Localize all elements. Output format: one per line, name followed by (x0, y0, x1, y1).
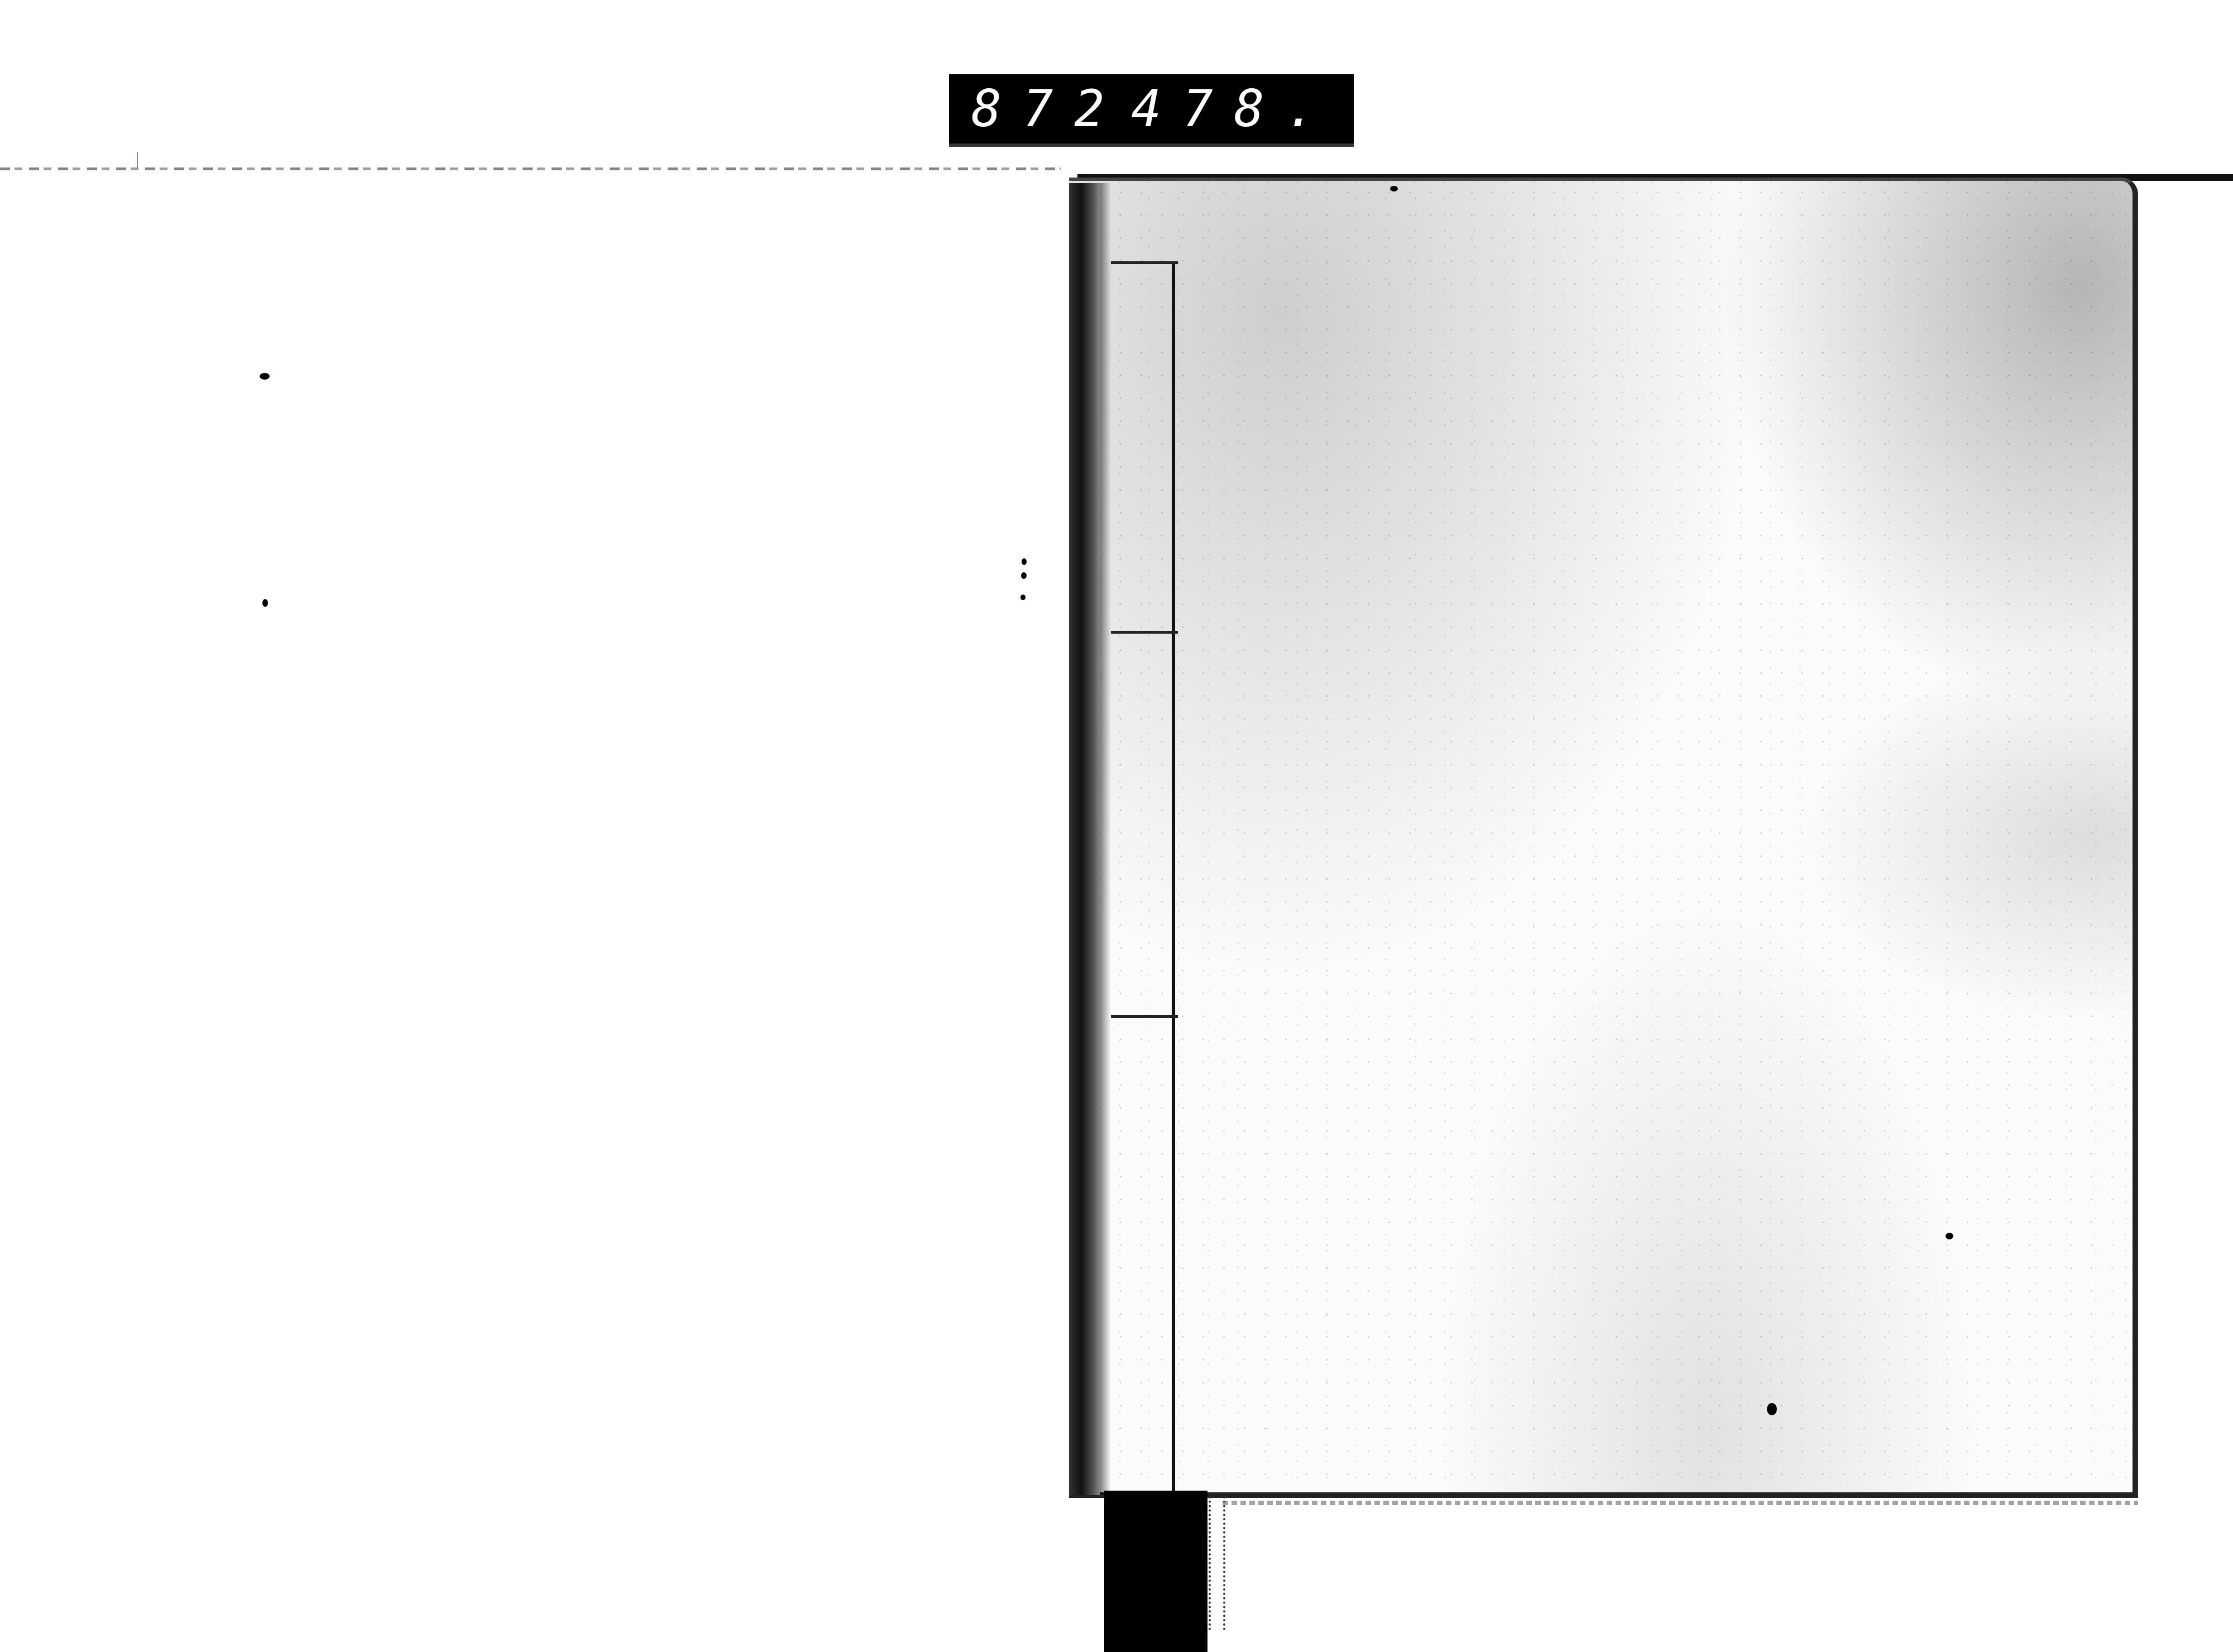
cover-texture (1069, 181, 2133, 1492)
spine-shadow (1100, 183, 1111, 1495)
cover-blot (1946, 1233, 1953, 1239)
bottom-page-edge (1223, 1501, 2138, 1505)
scanner-tick-mark (137, 152, 138, 169)
frame-counter-right: 478. (1131, 80, 1337, 138)
speck (262, 599, 268, 607)
speck (1020, 595, 1026, 600)
speck (1022, 558, 1027, 565)
book-cover (1069, 178, 2138, 1498)
page-edges (1209, 1496, 1225, 1630)
title-slip-blank (1111, 261, 1175, 1517)
speck (1021, 572, 1027, 579)
book (1069, 178, 2138, 1498)
frame-counter: 872 478. (949, 74, 1354, 147)
cover-blot (1767, 1403, 1777, 1415)
binding-stitch-upper (1111, 631, 1178, 634)
book-spine (1069, 183, 1100, 1495)
binding-stitch-lower (1111, 1015, 1178, 1018)
cover-blot (1390, 186, 1398, 191)
scanned-page: 872 478. (0, 0, 2233, 1652)
speck (260, 373, 270, 380)
frame-counter-left: 872 (971, 80, 1126, 138)
scanner-edge-line (0, 167, 1061, 170)
binding-stitch-top (1111, 261, 1178, 264)
book-bottom-block (1104, 1491, 1207, 1652)
